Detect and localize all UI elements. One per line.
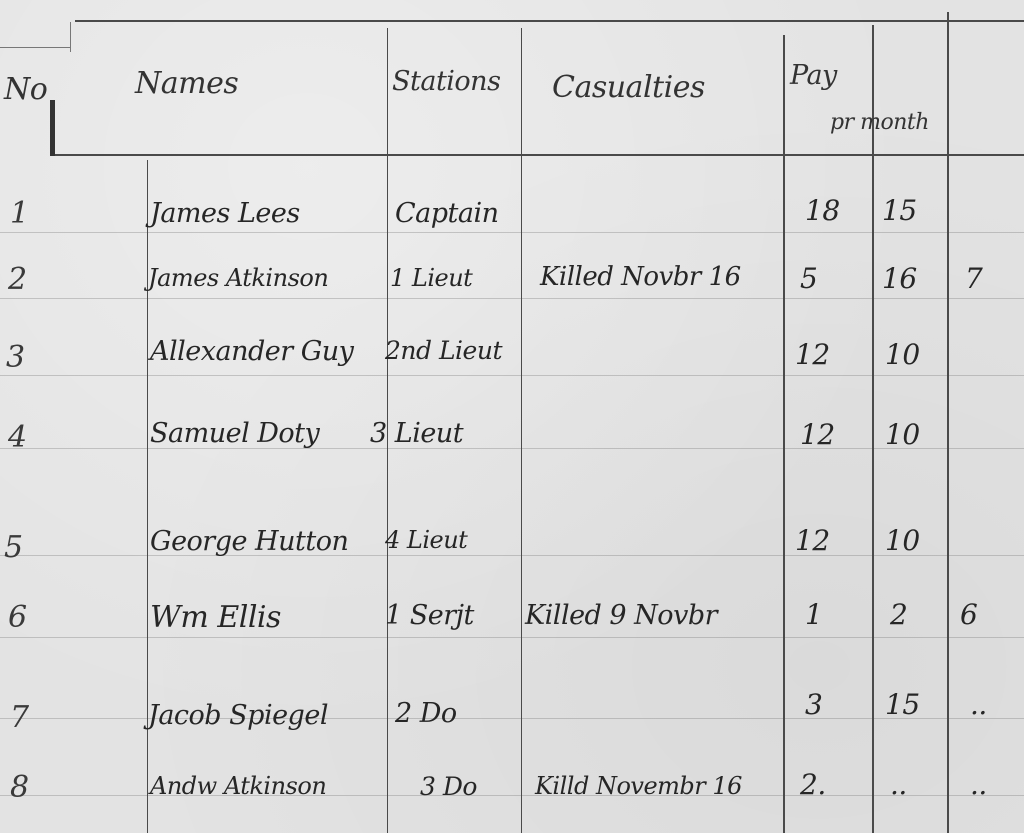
row-number: 8 [10,770,29,805]
row-pay-pounds: 12 [795,524,830,557]
row-name: George Hutton [150,526,348,557]
row-number: 2 [8,262,27,297]
header-stations: Stations [392,66,500,97]
row-pay-pounds: 5 [800,262,817,295]
column-divider-casualties [783,35,785,833]
row-pay-shillings: 16 [882,262,917,295]
row-pay-pence: 7 [965,262,982,295]
row-pay-pounds: 2. [800,768,826,801]
header-pay: Pay [790,60,837,91]
row-name: James Lees [150,198,300,229]
row-pay-pounds: 12 [800,418,835,451]
scanned-ledger-page: No Names Stations Casualties Pay pr mont… [0,0,1024,833]
header-bottom-border [55,154,1024,156]
row-station: 1 Serjt [385,600,474,631]
ruled-line [0,637,1024,638]
ruled-line [0,375,1024,376]
row-name: James Atkinson [148,264,328,292]
row-name: Allexander Guy [150,336,353,367]
row-pay-shillings: 10 [885,418,920,451]
ruled-line [0,232,1024,233]
header-corner-line [0,47,70,48]
header-top-border [75,20,1024,22]
column-divider-stations [521,28,522,833]
column-divider-pay-2 [947,12,949,833]
row-station: Captain [395,198,499,229]
row-station: 2 Do [395,698,457,729]
row-pay-shillings: .. [890,768,907,801]
row-station: 3 Do [420,772,477,801]
row-pay-pence: .. [970,768,987,801]
row-station: 4 Lieut [385,526,467,554]
row-casualty: Killd Novembr 16 [535,772,742,800]
ruled-line [0,298,1024,299]
row-station: 1 Lieut [390,264,472,292]
column-divider-pay-1 [872,25,874,833]
row-pay-shillings: 15 [882,194,917,227]
row-number: 7 [10,700,29,735]
row-station: 2nd Lieut [385,336,502,365]
row-name: Samuel Doty [150,418,319,449]
row-name: Andw Atkinson [150,772,326,800]
header-bracket-mark [50,100,55,156]
row-name: Jacob Spiegel [148,700,328,731]
row-casualty: Killed Novbr 16 [540,262,741,292]
header-corner-edge [70,22,71,52]
header-names: Names [135,66,238,101]
row-pay-pence: 6 [960,598,977,631]
row-number: 3 [6,340,25,375]
row-number: 6 [8,600,27,635]
row-pay-shillings: 15 [885,688,920,721]
row-pay-shillings: 2 [890,598,907,631]
row-pay-pounds: 3 [805,688,822,721]
row-pay-pounds: 12 [795,338,830,371]
row-number: 4 [8,420,27,455]
header-per-month: pr month [830,110,929,135]
column-divider-number [147,160,148,833]
row-number: 1 [10,196,29,231]
row-pay-pounds: 1 [805,598,822,631]
row-pay-pence: .. [970,688,987,721]
row-name: Wm Ellis [150,600,281,635]
row-number: 5 [4,530,23,565]
header-number: No [4,72,47,107]
row-pay-shillings: 10 [885,338,920,371]
header-casualties: Casualties [552,70,705,105]
row-pay-pounds: 18 [805,194,840,227]
row-casualty: Killed 9 Novbr [525,600,717,631]
row-pay-shillings: 10 [885,524,920,557]
row-station: 3 Lieut [370,418,463,449]
